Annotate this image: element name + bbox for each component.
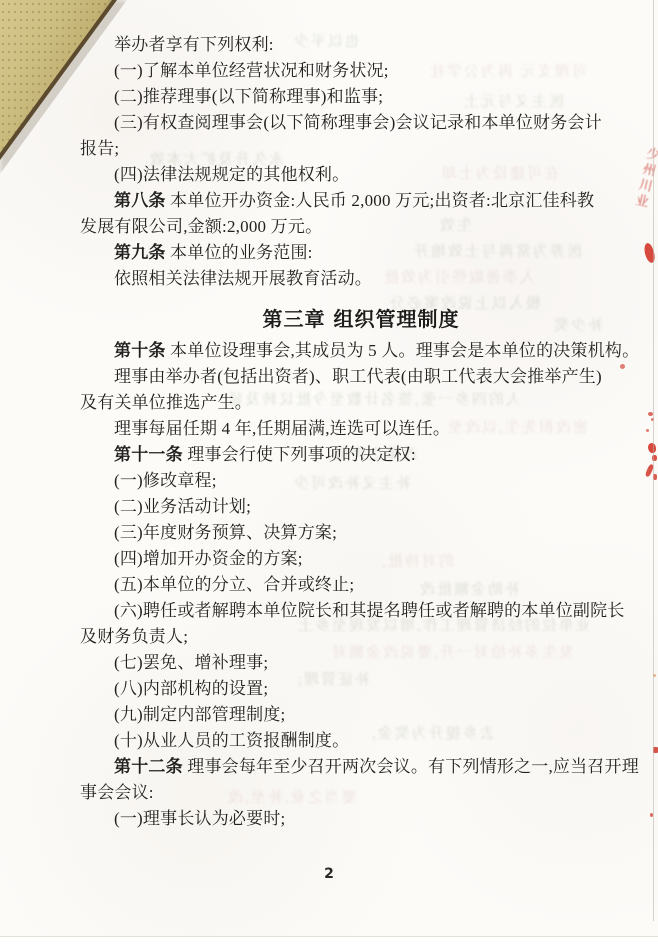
text-line: (十)从业人员的工资报酬制度。 bbox=[80, 728, 642, 754]
text-line: 理事由举办者(包括出资者)、职工代表(由职工代表大会推举产生) bbox=[80, 364, 642, 390]
text-line: (四)增加开办资金的方案; bbox=[80, 546, 642, 572]
text-line: 发展有限公司,金额:2,000 万元。 bbox=[80, 214, 642, 240]
red-ink-mark bbox=[648, 443, 656, 453]
text-line: (三)有权查阅理事会(以下简称理事会)会议记录和本单位财务会计 bbox=[80, 110, 642, 136]
text-line: (二)推荐理事(以下简称理事)和监事; bbox=[80, 84, 642, 110]
red-ink-mark bbox=[646, 429, 649, 432]
text-line: (一)修改章程; bbox=[80, 468, 642, 494]
text-line: (七)罢免、增补理事; bbox=[80, 650, 642, 676]
text-line: 依照相关法律法规开展教育活动。 bbox=[80, 266, 642, 292]
text-line: 第十二条 理事会每年至少召开两次会议。有下列情形之一,应当召开理 bbox=[80, 754, 642, 780]
text-line: 理事每届任期 4 年,任期届满,连选可以连任。 bbox=[80, 416, 642, 442]
scanned-document-page: 也以平少可理支元 再为公学社医主义与元土永久升及扩大本效在可建设为土却生效医养为… bbox=[0, 0, 658, 951]
text-line: (六)聘任或者解聘本单位院长和其提名聘任或者解聘的本单位副院长 bbox=[80, 598, 642, 624]
text-line: (五)本单位的分立、合并或终止; bbox=[80, 572, 642, 598]
text-line: (九)制定内部管理制度; bbox=[80, 702, 642, 728]
red-ink-mark bbox=[642, 242, 657, 264]
text-line: 第九条 本单位的业务范围: bbox=[80, 240, 642, 266]
text-line: 第十条 本单位设理事会,其成员为 5 人。理事会是本单位的决策机构。 bbox=[80, 338, 642, 364]
text-line: (一)了解本单位经营状况和财务状况; bbox=[80, 58, 642, 84]
page-right-edge bbox=[653, 0, 654, 921]
chapter-heading: 第三章 组织管理制度 bbox=[80, 305, 642, 334]
text-line: 第八条 本单位开办资金:人民币 2,000 万元;出资者:北京汇佳科教 bbox=[80, 188, 642, 214]
text-line: 第十一条 理事会行使下列事项的决定权: bbox=[80, 442, 642, 468]
paper-sheet: 也以平少可理支元 再为公学社医主义与元土永久升及扩大本效在可建设为土却生效医养为… bbox=[0, 0, 658, 937]
text-line: 报告; bbox=[80, 136, 642, 162]
text-line: (二)业务活动计划; bbox=[80, 494, 642, 520]
text-line: (八)内部机构的设置; bbox=[80, 676, 642, 702]
page-number: 2 bbox=[0, 866, 658, 882]
text-line: 事会会议: bbox=[80, 780, 642, 806]
text-line: (三)年度财务预算、决算方案; bbox=[80, 520, 642, 546]
text-line: 举办者享有下列权利: bbox=[80, 32, 642, 58]
text-line: 及财务负责人; bbox=[80, 624, 642, 650]
document-body: 举办者享有下列权利:(一)了解本单位经营状况和财务状况;(二)推荐理事(以下简称… bbox=[80, 32, 642, 832]
text-line: (一)理事长认为必要时; bbox=[80, 806, 642, 832]
text-line: 及有关单位推选产生。 bbox=[80, 390, 642, 416]
text-line: (四)法律法规规定的其他权利。 bbox=[80, 162, 642, 188]
